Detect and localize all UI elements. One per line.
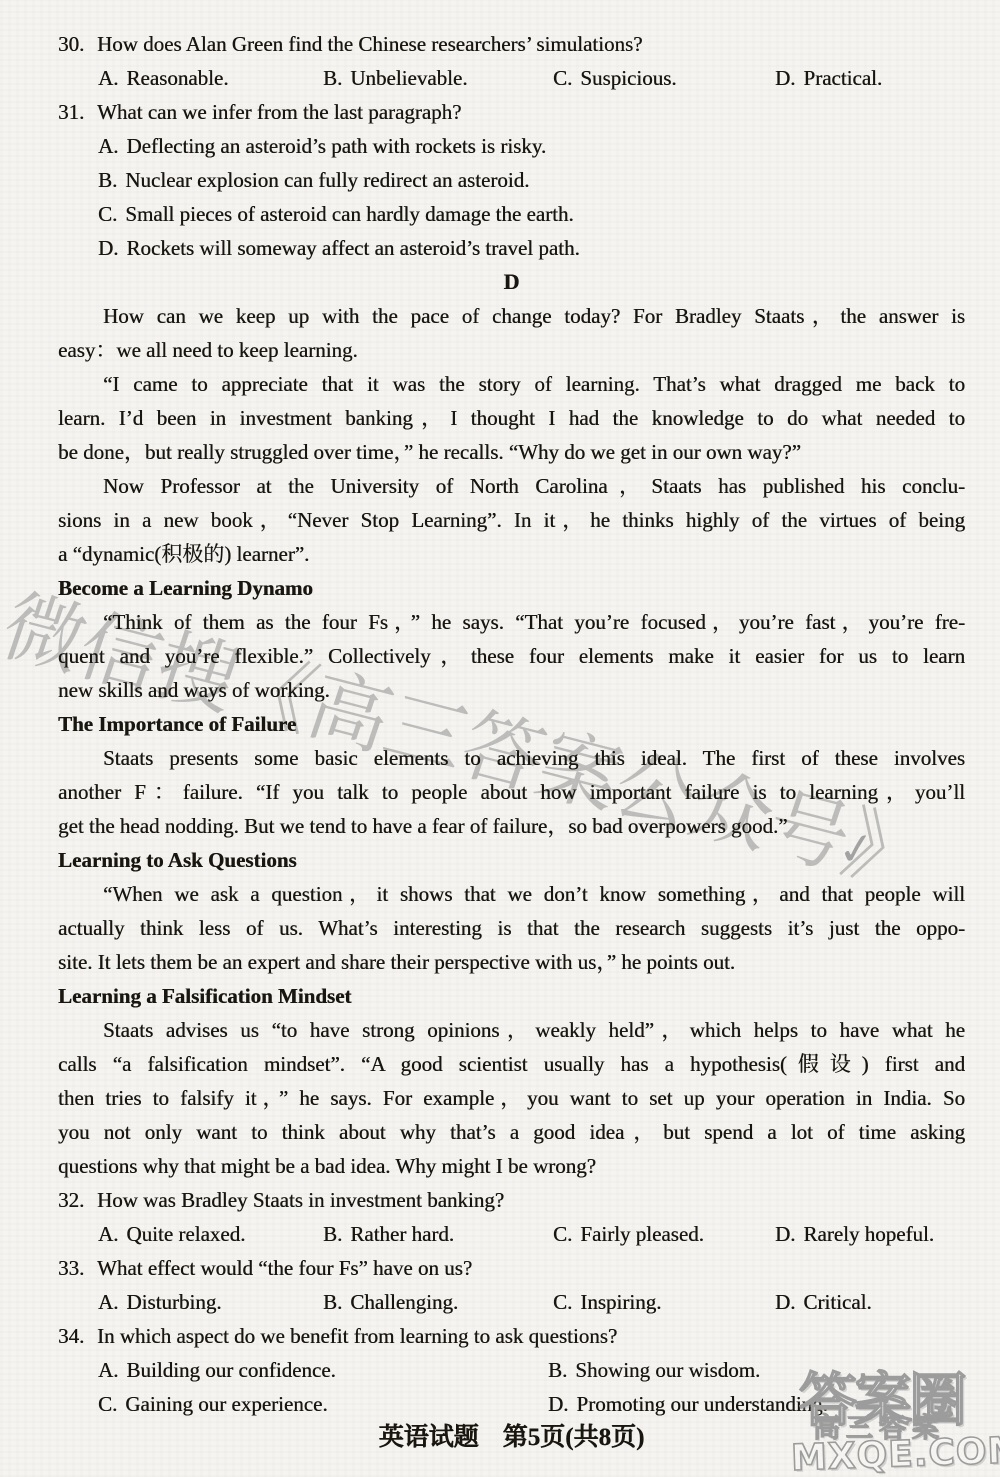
footer-title: 英语试题 [379,1421,479,1455]
option-label: C. [553,1222,572,1246]
option-31-c: C.Small pieces of asteroid can hardly da… [98,197,965,231]
option-label: A. [98,1290,118,1314]
passage-line: “Think of them as the four Fs，” he says.… [58,605,965,639]
option-text: Building our confidence. [126,1358,335,1382]
option-text: Unbelievable. [350,66,467,90]
question-text: How does Alan Green find the Chinese res… [97,32,642,56]
option-label: D. [775,1222,795,1246]
question-text: What effect would “the four Fs” have on … [97,1256,472,1280]
option-label: C. [98,1392,117,1416]
option-label: D. [775,1290,795,1314]
option-text: Inspiring. [580,1290,661,1314]
option-33-a: A.Disturbing. [98,1285,323,1319]
passage-line: Staats presents some basic elements to a… [58,741,965,775]
passage-line: a “dynamic(积极的) learner”. [58,537,965,571]
options-row-33: A.Disturbing. B.Challenging. C.Inspiring… [98,1285,965,1319]
option-31-b: B.Nuclear explosion can fully redirect a… [98,163,965,197]
option-31-a: A.Deflecting an asteroid’s path with roc… [98,129,965,163]
question-text: How was Bradley Staats in investment ban… [97,1188,504,1212]
content-area: 30.How does Alan Green find the Chinese … [0,0,1000,1477]
question-number: 30. [58,27,97,61]
passage-line: be done，but really struggled over time，”… [58,435,965,469]
passage-line: Now Professor at the University of North… [58,469,965,503]
option-label: D. [548,1392,568,1416]
passage-heading: Learning a Falsification Mindset [58,979,965,1013]
question-stem-33: 33.What effect would “the four Fs” have … [58,1251,965,1285]
passage-heading: The Importance of Failure [58,707,965,741]
option-text: Reasonable. [126,66,228,90]
passage: How can we keep up with the pace of chan… [58,299,965,1183]
options-row-34-ab: A.Building our confidence. B.Showing our… [98,1353,965,1387]
option-33-b: B.Challenging. [323,1285,553,1319]
option-label: B. [323,1290,342,1314]
question-stem-30: 30.How does Alan Green find the Chinese … [58,27,965,61]
option-label: A. [98,66,118,90]
option-32-a: A.Quite relaxed. [98,1217,323,1251]
passage-line: questions why that might be a bad idea. … [58,1149,965,1183]
passage-line: sions in a new book，“Never Stop Learning… [58,503,965,537]
option-34-d: D.Promoting our understanding. [548,1387,965,1421]
question-text: What can we infer from the last paragrap… [97,100,461,124]
passage-line: calls “a falsification mindset”. “A good… [58,1047,965,1081]
question-stem-31: 31.What can we infer from the last parag… [58,95,965,129]
passage-line: quent and you’re flexible.” Collectively… [58,639,965,673]
option-text: Quite relaxed. [126,1222,245,1246]
option-33-c: C.Inspiring. [553,1285,775,1319]
passage-line: another F：failure. “If you talk to peopl… [58,775,965,809]
option-34-b: B.Showing our wisdom. [548,1353,965,1387]
option-text: Challenging. [350,1290,458,1314]
question-number: 31. [58,95,97,129]
footer-page-number: 第5页(共8页) [503,1421,645,1455]
options-row-30: A.Reasonable. B.Unbelievable. C.Suspicio… [98,61,965,95]
option-33-d: D.Critical. [775,1285,965,1319]
passage-line: then tries to falsify it，” he says. For … [58,1081,965,1115]
passage-line: site. It lets them be an expert and shar… [58,945,965,979]
option-30-d: D.Practical. [775,61,965,95]
option-32-d: D.Rarely hopeful. [775,1217,965,1251]
passage-line: Staats advises us “to have strong opinio… [58,1013,965,1047]
option-text: Suspicious. [580,66,676,90]
option-text: Fairly pleased. [580,1222,704,1246]
passage-line: learn. I’d been in investment banking，I … [58,401,965,435]
option-text: Disturbing. [126,1290,221,1314]
passage-line: easy：we all need to keep learning. [58,333,965,367]
passage-line: you not only want to think about why tha… [58,1115,965,1149]
options-row-32: A.Quite relaxed. B.Rather hard. C.Fairly… [98,1217,965,1251]
option-label: B. [548,1358,567,1382]
passage-heading: Become a Learning Dynamo [58,571,965,605]
option-label: B. [98,168,117,192]
options-row-34-cd: C.Gaining our experience. D.Promoting ou… [98,1387,965,1421]
option-text: Rather hard. [350,1222,454,1246]
option-31-d: D.Rockets will someway affect an asteroi… [98,231,965,265]
option-label: D. [98,236,118,260]
passage-heading: Learning to Ask Questions [58,843,965,877]
option-text: Rockets will someway affect an asteroid’… [126,236,579,260]
option-32-c: C.Fairly pleased. [553,1217,775,1251]
page-footer: 英语试题 第5页(共8页) [58,1421,965,1455]
option-label: A. [98,1222,118,1246]
option-label: B. [323,66,342,90]
option-text: Gaining our experience. [125,1392,327,1416]
passage-line: actually think less of us. What’s intere… [58,911,965,945]
question-number: 32. [58,1183,97,1217]
passage-line: new skills and ways of working. [58,673,965,707]
exam-page: 30.How does Alan Green find the Chinese … [0,0,1000,1477]
option-text: Promoting our understanding. [576,1392,827,1416]
option-label: C. [553,1290,572,1314]
passage-line: How can we keep up with the pace of chan… [58,299,965,333]
option-34-a: A.Building our confidence. [98,1353,548,1387]
option-label: B. [323,1222,342,1246]
option-30-b: B.Unbelievable. [323,61,553,95]
option-label: A. [98,1358,118,1382]
option-text: Nuclear explosion can fully redirect an … [125,168,529,192]
question-text: In which aspect do we benefit from learn… [97,1324,617,1348]
option-30-c: C.Suspicious. [553,61,775,95]
option-text: Small pieces of asteroid can hardly dama… [125,202,573,226]
option-text: Critical. [803,1290,871,1314]
passage-section-label: D [58,265,965,299]
option-30-a: A.Reasonable. [98,61,323,95]
option-label: A. [98,134,118,158]
option-label: C. [553,66,572,90]
question-stem-34: 34.In which aspect do we benefit from le… [58,1319,965,1353]
question-stem-32: 32.How was Bradley Staats in investment … [58,1183,965,1217]
question-number: 34. [58,1319,97,1353]
option-32-b: B.Rather hard. [323,1217,553,1251]
option-text: Deflecting an asteroid’s path with rocke… [126,134,546,158]
passage-line: “When we ask a question，it shows that we… [58,877,965,911]
option-text: Rarely hopeful. [803,1222,934,1246]
passage-line: “I came to appreciate that it was the st… [58,367,965,401]
option-text: Showing our wisdom. [575,1358,760,1382]
option-text: Practical. [803,66,882,90]
passage-line: get the head nodding. But we tend to hav… [58,809,965,843]
option-label: C. [98,202,117,226]
option-34-c: C.Gaining our experience. [98,1387,548,1421]
option-label: D. [775,66,795,90]
question-number: 33. [58,1251,97,1285]
